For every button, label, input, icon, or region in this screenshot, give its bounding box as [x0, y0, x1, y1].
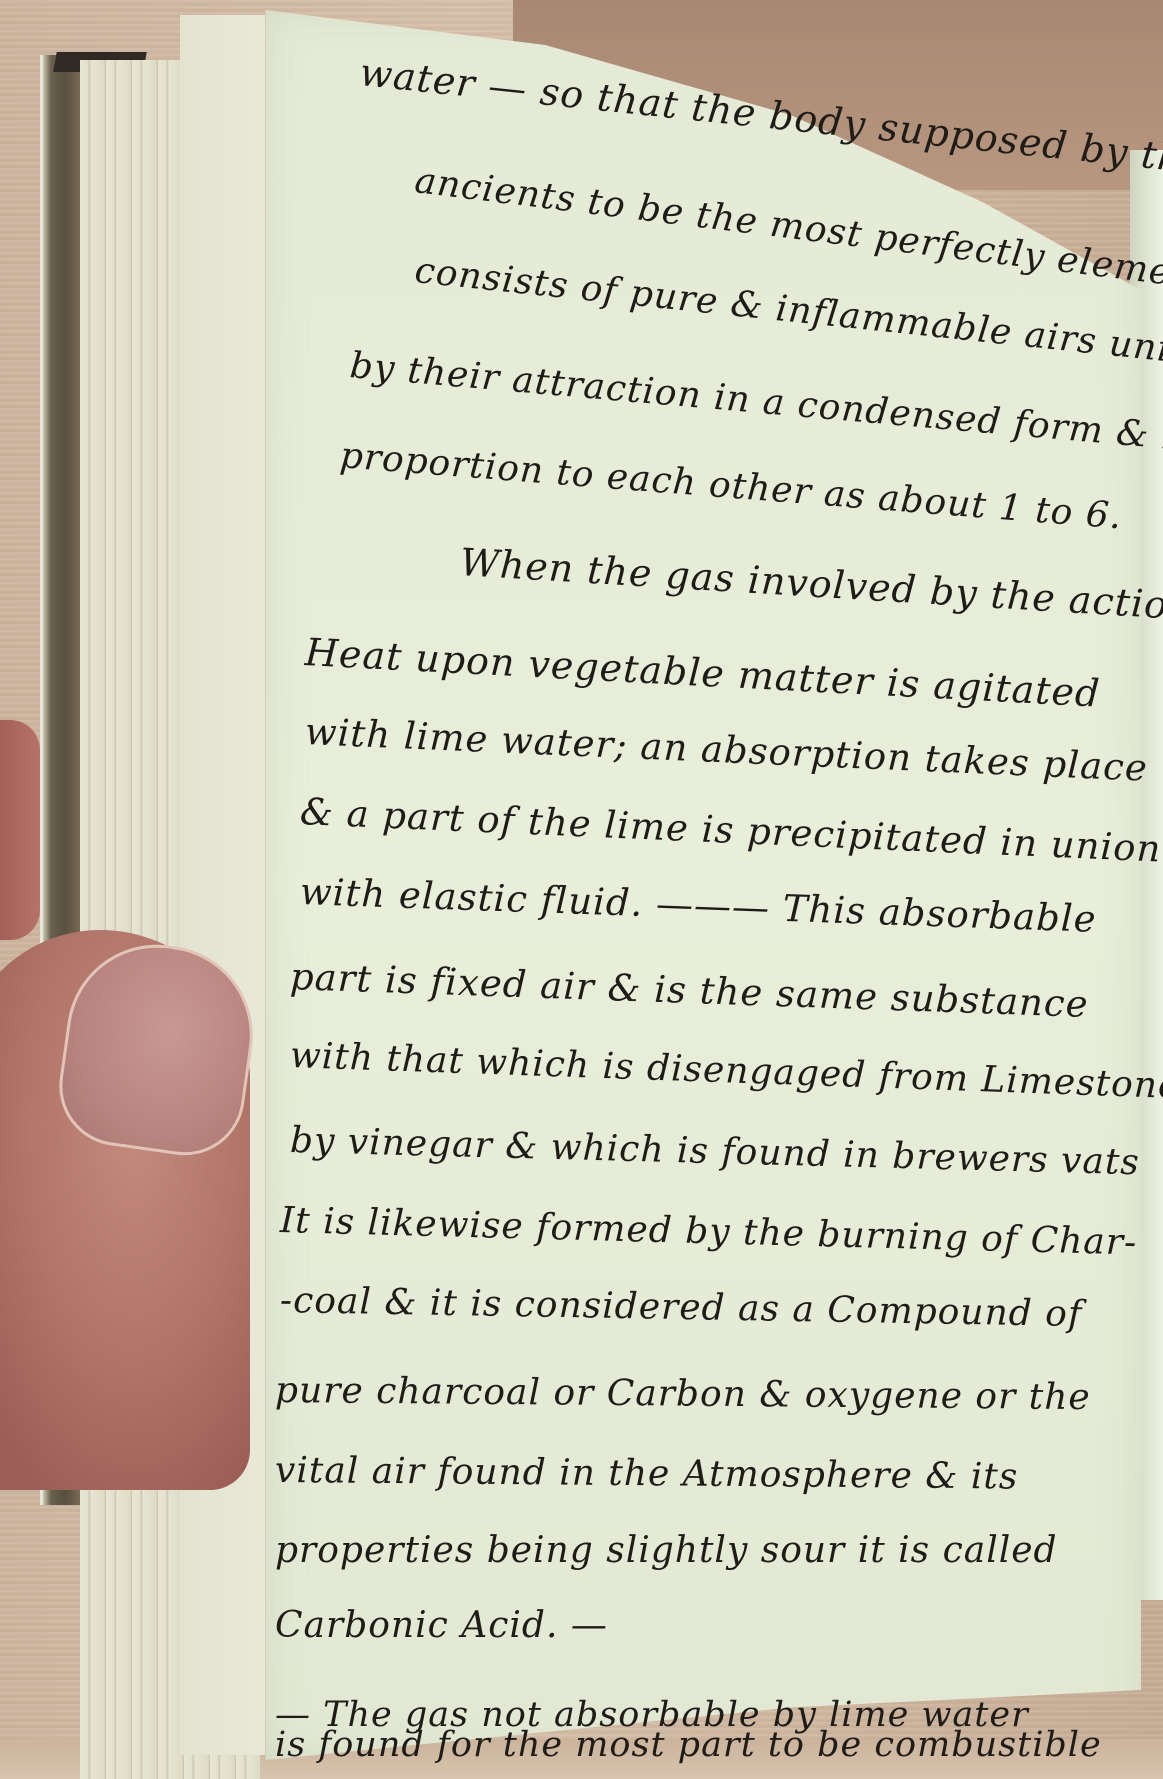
manuscript-line: properties being slightly sour it is cal… [275, 1530, 1058, 1571]
manuscript-line: pure charcoal or Carbon & oxygene or the [275, 1370, 1091, 1418]
finger [0, 720, 40, 940]
manuscript-line: vital air found in the Atmosphere & its [275, 1450, 1019, 1497]
manuscript-line: Carbonic Acid. — [275, 1605, 608, 1646]
page-stack [180, 15, 272, 1755]
manuscript-line: is found for the most part to be combust… [275, 1725, 1102, 1765]
